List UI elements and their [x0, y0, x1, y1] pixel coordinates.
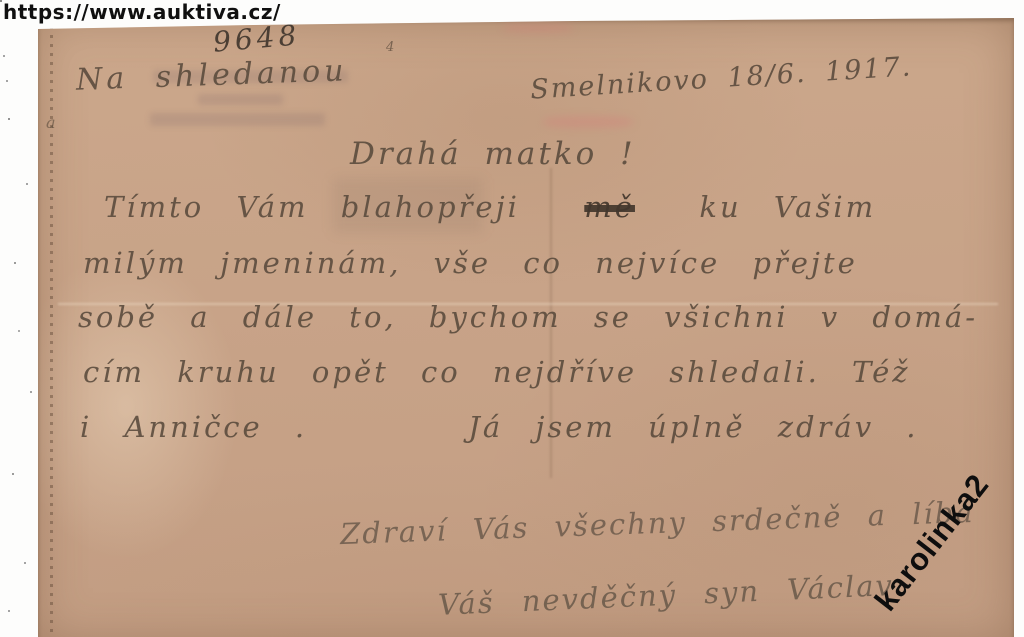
print-bleed-through	[150, 113, 325, 126]
body-line: cím kruhu opět co nejdříve shledali. Též	[83, 355, 911, 389]
red-smudge	[503, 24, 573, 32]
body-line: sobě a dále to, bychom se všichni v domá…	[78, 300, 978, 334]
body-line: milým jmeninám, vše co nejvíce přejte	[83, 246, 858, 280]
closing-line: Zdraví Vás všechny srdečně a líbá	[340, 495, 976, 551]
scan-dust-specks	[0, 0, 2, 2]
small-mark: 4	[386, 40, 394, 55]
body-line: Tímto Vám blahopřeji mě ku Vašim	[104, 190, 876, 224]
signature-line: Váš nevděčný syn Václav	[437, 568, 894, 622]
catalog-number: 9648	[212, 18, 302, 58]
spacer	[635, 190, 699, 224]
postcard: 9648 4 Na shledanou a Smelnikovo 18/6. 1…	[38, 18, 1014, 637]
dateline: Smelnikovo 18/6. 1917.	[529, 51, 913, 105]
salutation: Drahá matko !	[350, 136, 636, 172]
body-line1-end: ku Vašim	[699, 190, 876, 224]
body-line: i Anničce . Já jsem úplně zdráv .	[80, 410, 919, 444]
red-smudge	[543, 116, 633, 128]
spacer	[520, 190, 584, 224]
scanned-postcard-page: https://www.auktiva.cz/ 9648 4 Na shleda…	[0, 0, 1024, 637]
crossed-out-word: mě	[584, 190, 635, 224]
small-mark: a	[46, 113, 56, 132]
source-url-overlay: https://www.auktiva.cz/	[3, 0, 281, 24]
body-line1-start: Tímto Vám blahopřeji	[104, 190, 520, 224]
print-bleed-through	[198, 94, 283, 105]
corner-note: Na shledanou	[75, 53, 348, 97]
